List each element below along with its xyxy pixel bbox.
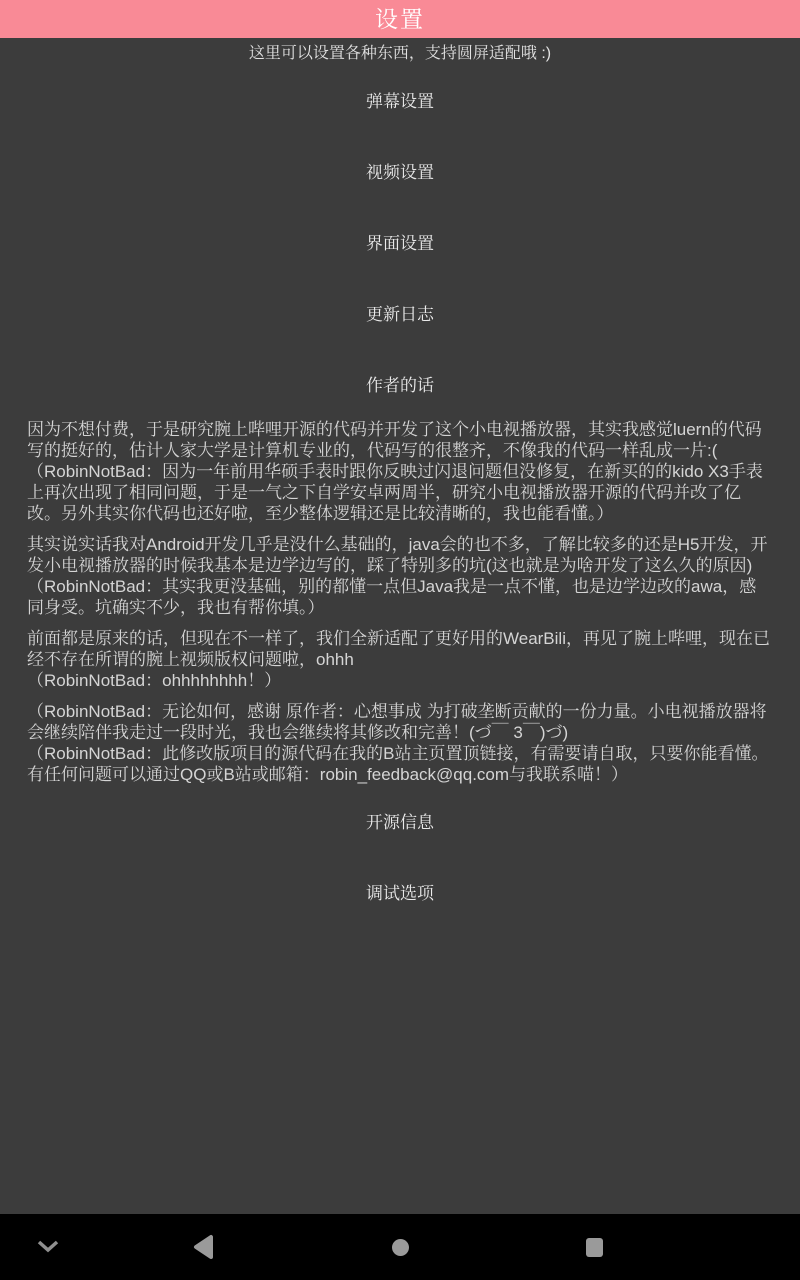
settings-item-opensource[interactable]: 开源信息 [0, 785, 800, 856]
empty-space [0, 927, 800, 1214]
settings-item-interface[interactable]: 界面设置 [0, 206, 800, 277]
author-note: 因为不想付费，于是研究腕上哔哩开源的代码并开发了这个小电视播放器，其实我感觉lu… [0, 419, 800, 785]
app-bar: 设置 [0, 0, 800, 38]
settings-item-danmaku[interactable]: 弹幕设置 [0, 64, 800, 135]
author-note-paragraph: 因为不想付费，于是研究腕上哔哩开源的代码并开发了这个小电视播放器，其实我感觉lu… [27, 419, 773, 524]
settings-content: 这里可以设置各种东西，支持圆屏适配哦 :) 弹幕设置 视频设置 界面设置 更新日… [0, 38, 800, 1214]
settings-item-debug[interactable]: 调试选项 [0, 856, 800, 927]
home-icon[interactable] [378, 1225, 422, 1269]
settings-item-changelog[interactable]: 更新日志 [0, 277, 800, 348]
page-title: 设置 [375, 0, 425, 38]
chevron-down-icon[interactable] [26, 1225, 70, 1269]
android-nav-bar [0, 1214, 800, 1280]
author-note-paragraph: 其实说实话我对Android开发几乎是没什么基础的，java会的也不多，了解比较… [27, 534, 773, 618]
intro-text: 这里可以设置各种东西，支持圆屏适配哦 :) [0, 38, 800, 64]
settings-screen: 设置 这里可以设置各种东西，支持圆屏适配哦 :) 弹幕设置 视频设置 界面设置 … [0, 0, 800, 1280]
author-note-paragraph: （RobinNotBad：无论如何，感谢 原作者：心想事成 为打破垄断贡献的一份… [27, 701, 773, 785]
author-note-paragraph: 前面都是原来的话，但现在不一样了，我们全新适配了更好用的WearBili，再见了… [27, 628, 773, 691]
recents-icon[interactable] [572, 1225, 616, 1269]
settings-item-video[interactable]: 视频设置 [0, 135, 800, 206]
back-icon[interactable] [182, 1225, 226, 1269]
settings-item-author-words[interactable]: 作者的话 [0, 348, 800, 419]
